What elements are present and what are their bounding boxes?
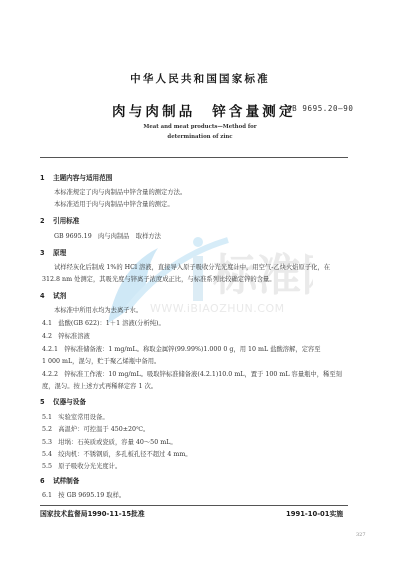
- implementation-date: 1991-10-01实施: [286, 508, 343, 518]
- clause-6-1: 6.1 按 GB 9695.19 取样。: [42, 490, 125, 499]
- section-5-heading: 5仪器与设备: [40, 396, 86, 406]
- section-2-heading: 2引用标准: [40, 215, 79, 225]
- footer-divider: [40, 505, 348, 506]
- paragraph: 本标准中所用水均为去离子水。: [54, 305, 142, 314]
- section-title: 试样制备: [53, 477, 79, 485]
- clause-5-2: 5.2 高温炉：可控温于 450±20℃。: [42, 424, 149, 433]
- clause-4-2-2-continued: 度，混匀。按上述方式再稀释定容 1 次。: [42, 381, 157, 390]
- section-6-heading: 6试样制备: [40, 475, 79, 485]
- paragraph: 本标准规定了肉与肉制品中锌含量的测定方法。: [54, 187, 186, 196]
- header-divider: [40, 157, 348, 158]
- section-number: 6: [40, 477, 53, 485]
- watermark-url: WWW.iBIAOZHUN.COM: [150, 302, 285, 315]
- approval-date: 国家技术监督局1990-11-15批准: [40, 508, 145, 518]
- english-title-line-2: determination of zinc: [100, 134, 300, 140]
- section-4-heading: 4试剂: [40, 290, 66, 300]
- paragraph: 本标准适用于肉与肉制品中锌含量的测定。: [54, 199, 174, 208]
- clause-4-1: 4.1 盐酸(GB 622)：1＋1 溶液(分析纯)。: [42, 318, 165, 327]
- section-number: 1: [40, 174, 53, 182]
- section-title: 主题内容与适用范围: [53, 174, 112, 182]
- clause-5-3: 5.3 坩埚：石英质或瓷质，容量 40～50 mL。: [42, 437, 177, 446]
- section-number: 5: [40, 398, 53, 406]
- section-title: 原理: [53, 249, 66, 257]
- clause-5-4: 5.4 绞肉机：不锈钢质，多孔板孔径不超过 4 mm。: [42, 449, 192, 458]
- english-title-line-1: Meat and meat products—Method for: [100, 124, 300, 130]
- section-number: 4: [40, 292, 53, 300]
- paragraph: 试样经灰化后制成 1%的 HCl 溶液，直接导入原子吸收分光光度计中，用空气-乙…: [54, 262, 330, 271]
- document-title: 肉与肉制品 锌含量测定: [112, 100, 296, 120]
- section-3-heading: 3原理: [40, 247, 66, 257]
- clause-5-5: 5.5 原子吸收分光光度计。: [42, 461, 121, 470]
- national-standard-heading: 中华人民共和国国家标准: [0, 71, 400, 86]
- section-number: 3: [40, 249, 53, 257]
- referenced-standard: GB 9695.19 肉与肉制品 取样方法: [54, 231, 161, 240]
- clause-4-2: 4.2 锌标准溶液: [42, 331, 90, 340]
- section-title: 仪器与设备: [53, 398, 86, 406]
- clause-4-2-2: 4.2.2 锌标准工作液：10 mg/mL。吸取锌标准储备液(4.2.1)10.…: [42, 369, 342, 378]
- page-number: 327: [356, 532, 366, 538]
- section-number: 2: [40, 217, 53, 225]
- section-1-heading: 1主题内容与适用范围: [40, 172, 112, 182]
- clause-4-2-1-continued: 1 000 mL，混匀，贮于聚乙烯瓶中备用。: [42, 356, 160, 365]
- clause-4-2-1: 4.2.1 锌标准储备液：1 mg/mL。称取金属锌(99.99%)1.000 …: [42, 344, 321, 353]
- standard-number: GB 9695.20—90: [287, 104, 354, 113]
- clause-5-1: 5.1 实验室常用设备。: [42, 412, 109, 421]
- paragraph-continued: 312.8 nm 处测定，其吸光度与锌离子浓度成正比，与标准系列比较确定锌的含量…: [42, 274, 276, 283]
- section-title: 引用标准: [53, 217, 79, 225]
- section-title: 试剂: [53, 292, 66, 300]
